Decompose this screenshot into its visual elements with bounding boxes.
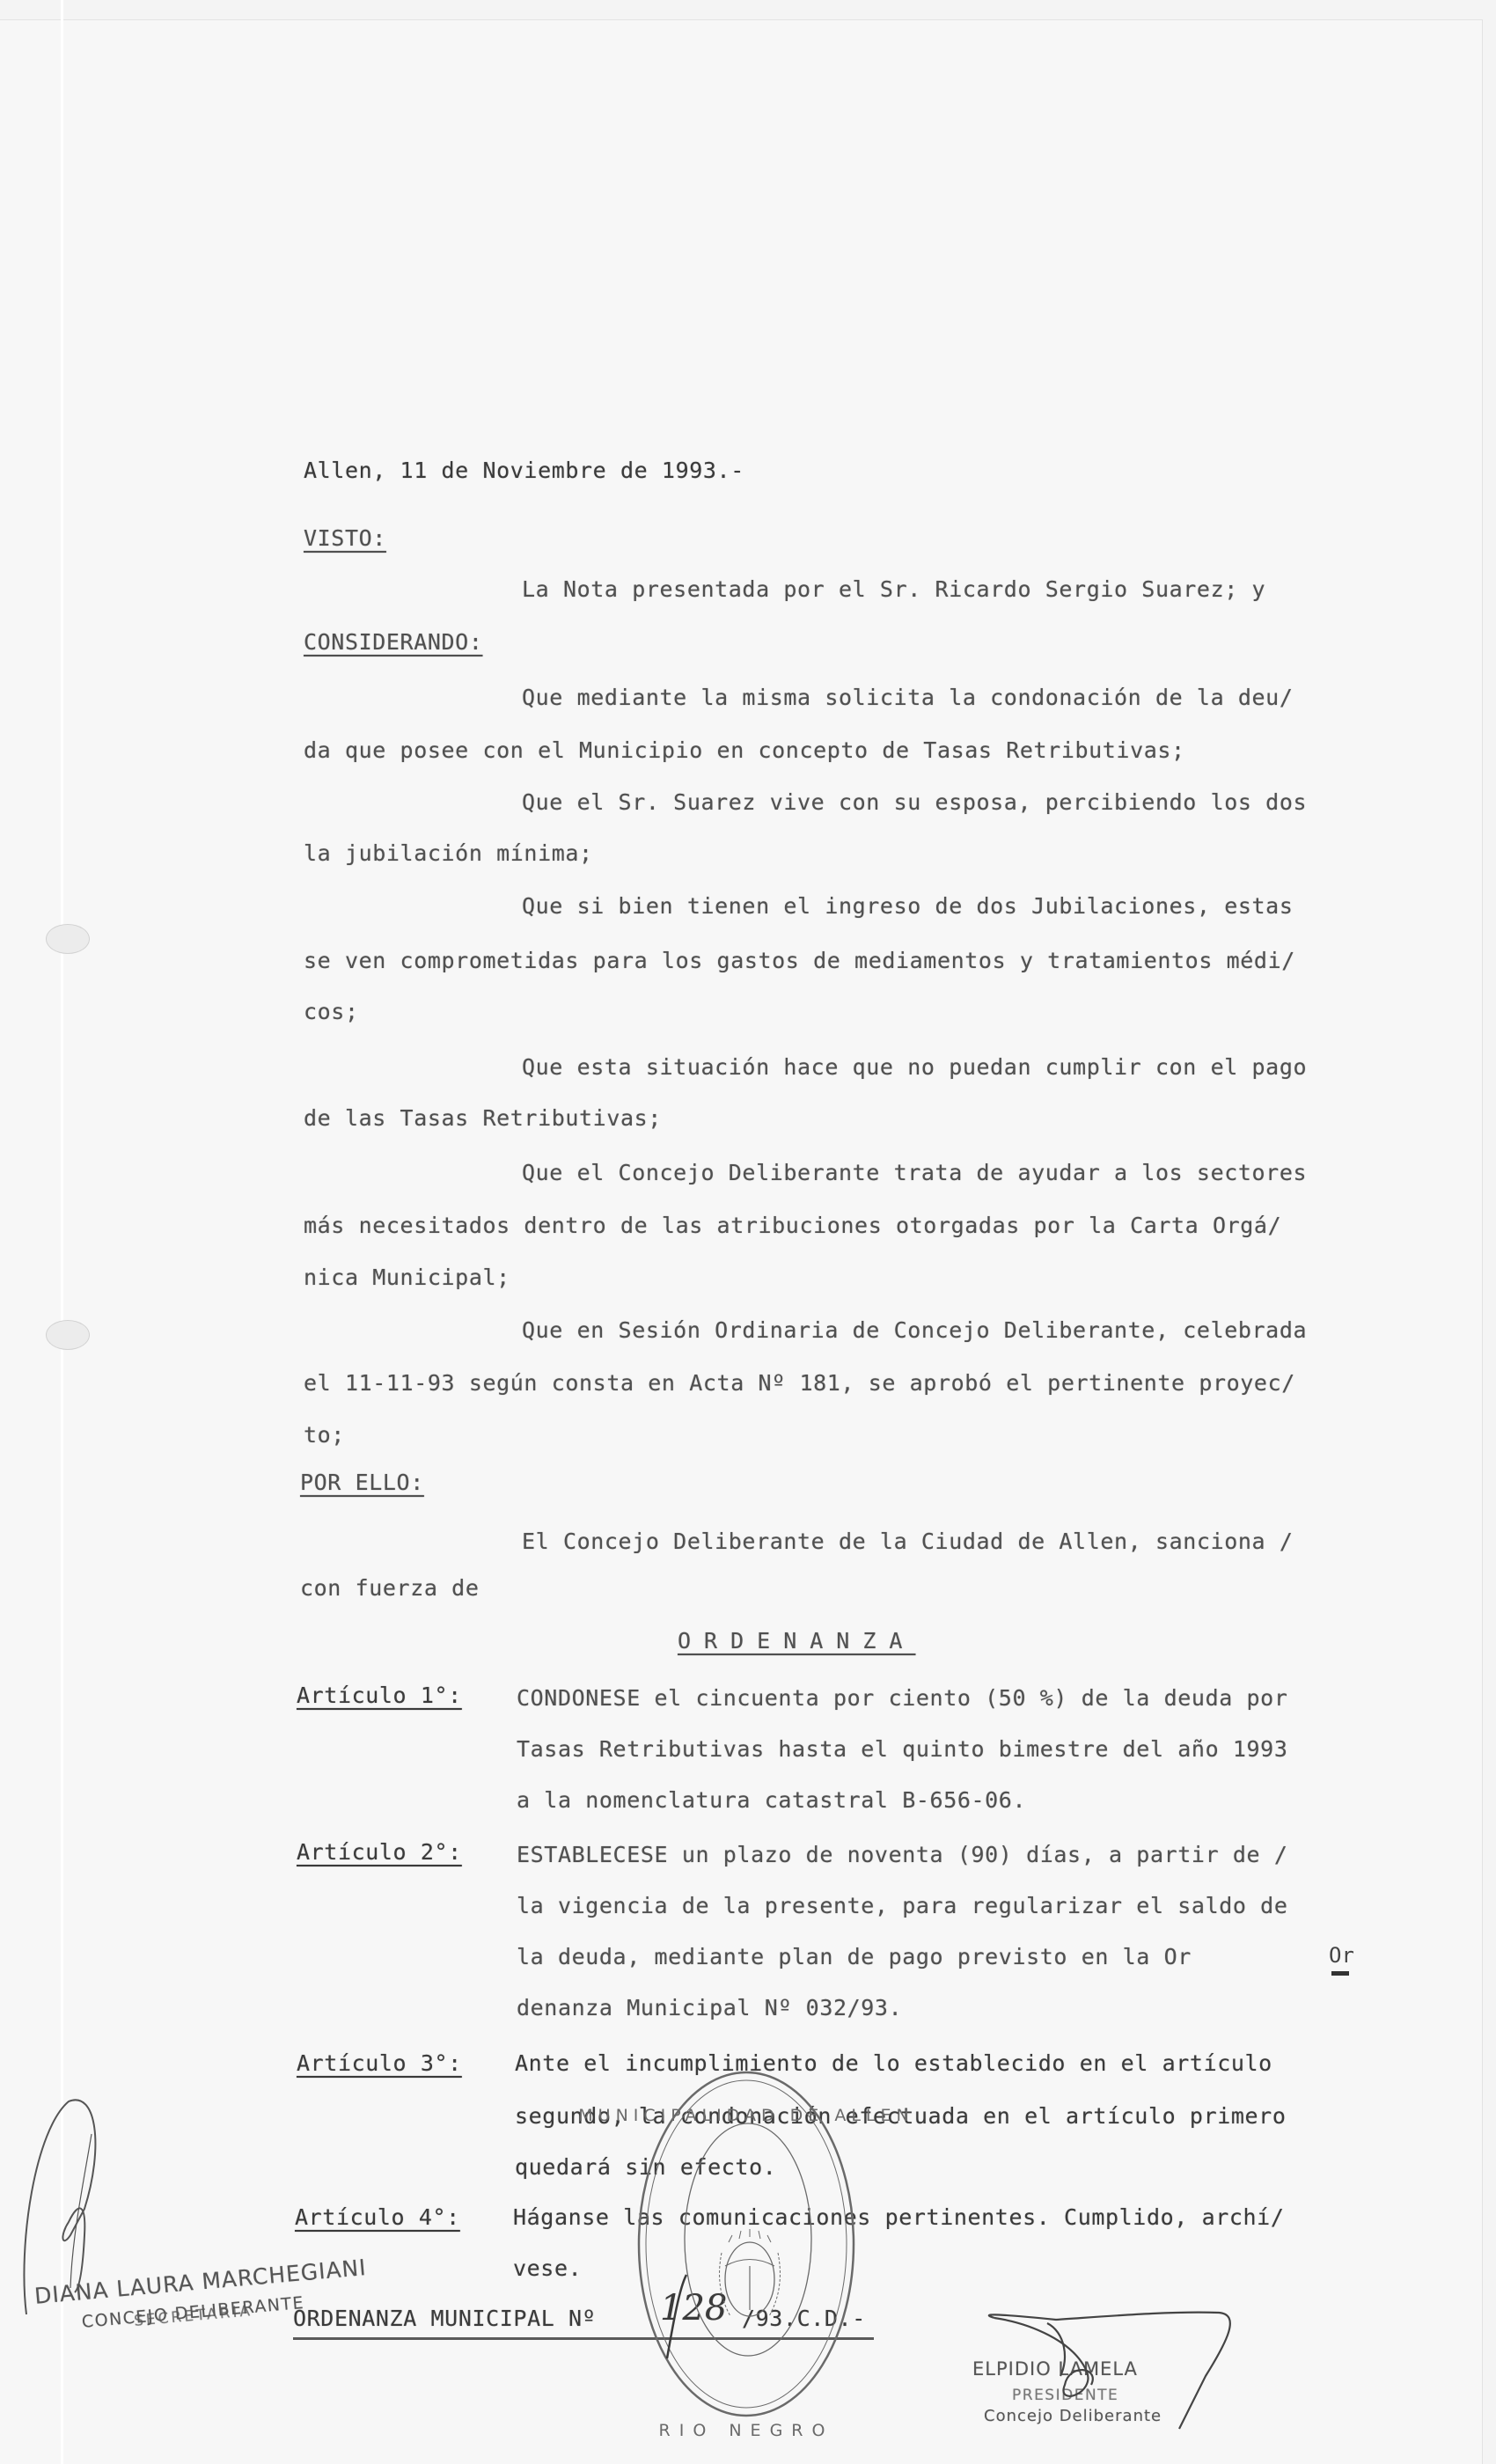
seal-outer-text: MUNICIPALIDAD DE ALLEN [578,2106,913,2125]
seal-bottom-text: RIO NEGRO [659,2421,834,2440]
correction-mark: Or [1329,1943,1354,1968]
signatures-and-seal: MUNICIPALIDAD DE ALLEN RIO NEGRO Or [0,0,1496,2464]
president-signature-icon [989,2313,1230,2429]
secretary-signature-icon [24,2100,95,2314]
